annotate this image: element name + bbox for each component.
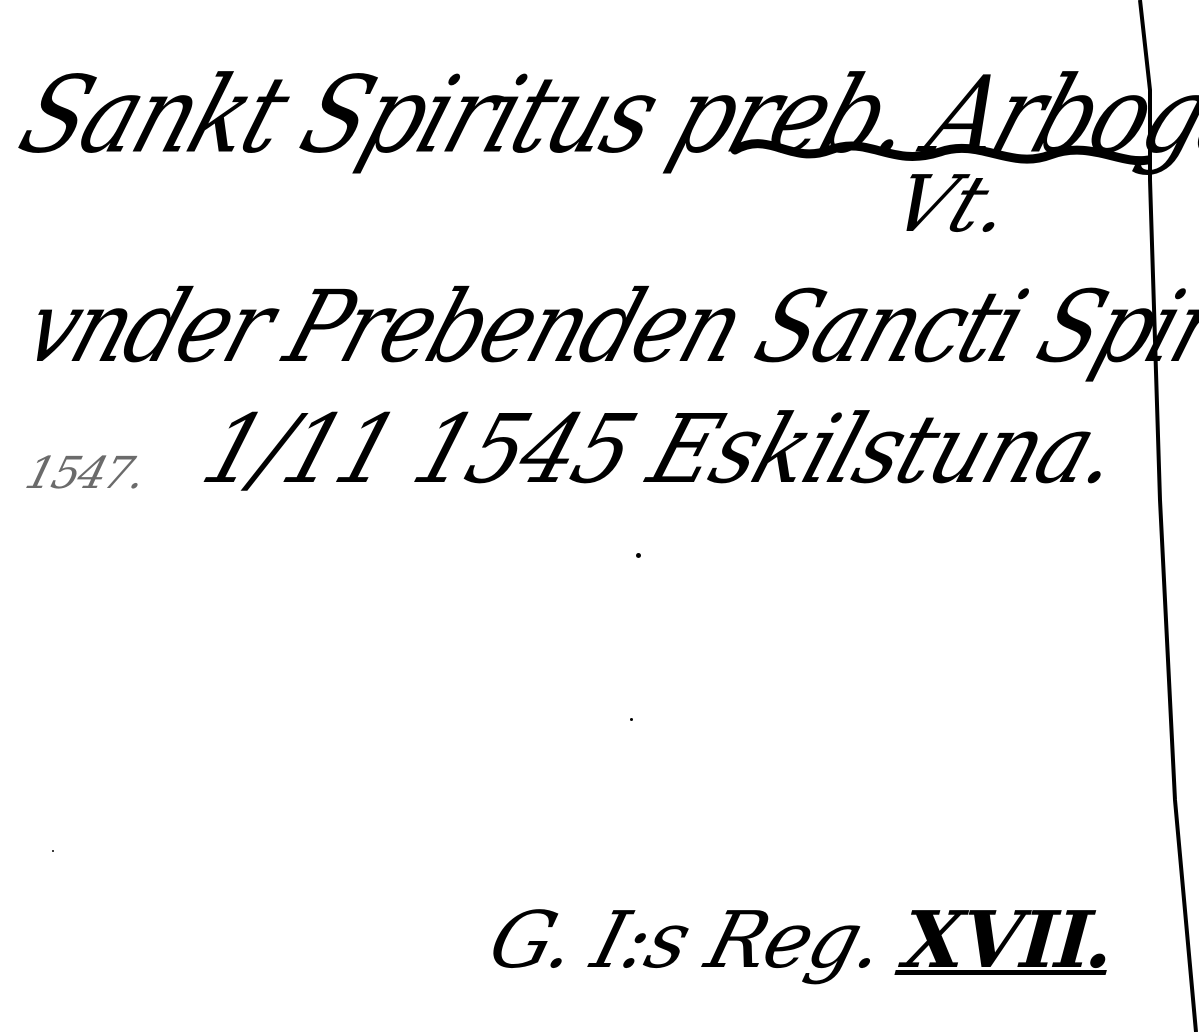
register-volume: XVII.: [891, 895, 1127, 986]
ink-speck: [52, 850, 54, 852]
register-prefix: G. I:s Reg.: [480, 896, 893, 986]
index-card: Sankt Spiritus preb. Arboga st. Vt. vnde…: [0, 0, 1199, 1032]
subject-text: vnder Prebenden Sancti Spiritus: [12, 270, 1199, 385]
margin-pencil-note: 1547.: [20, 448, 150, 499]
ink-speck: [630, 718, 633, 721]
date-place-text: 1/11 1545 Eskilstuna.: [190, 395, 1133, 505]
register-reference: G. I:s Reg. XVII.: [480, 895, 1127, 986]
ink-speck: [636, 553, 641, 558]
